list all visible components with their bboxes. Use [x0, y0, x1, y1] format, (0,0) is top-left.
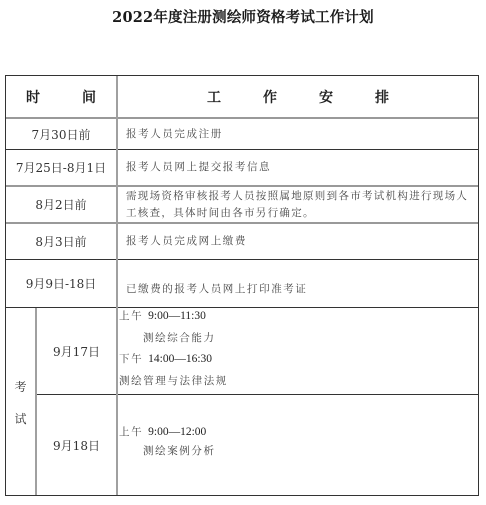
table-row-time: 8月2日前: [6, 187, 116, 222]
exam-label-char: 试: [14, 410, 26, 427]
work-value: 需现场资格审核报考人员按照属地原则到各市考试机构进行现场人工核查，具体时间由各市…: [126, 188, 472, 222]
header-work-label: 工 作 安 排: [207, 87, 389, 107]
session-time: 14:00—16:30: [148, 353, 212, 365]
session-subject: 测绘综合能力: [143, 332, 216, 344]
header-work: 工 作 安 排: [118, 76, 478, 117]
document-title: 2022年度注册测绘师资格考试工作计划: [0, 6, 486, 27]
exam-session-subject: 测绘案例分析: [119, 443, 216, 458]
time-value: 8月3日前: [35, 233, 86, 250]
time-value: 7月30日前: [32, 126, 91, 143]
work-value: 报考人员网上提交报考信息: [126, 159, 271, 176]
session-period: 上午: [119, 310, 143, 322]
time-value: 7月25日-8月1日: [16, 159, 106, 176]
work-value: 已缴费的报考人员网上打印准考证: [126, 281, 308, 298]
session-time: 9:00—12:00: [148, 426, 206, 438]
table-row-time: 7月30日前: [6, 119, 116, 149]
table-row-work: 报考人员完成注册: [118, 119, 478, 149]
table-row-time: 7月25日-8月1日: [6, 150, 116, 185]
table-row-work: 报考人员网上提交报考信息: [118, 150, 478, 185]
header-time-label: 时 间: [26, 87, 96, 107]
header-time: 时 间: [6, 76, 116, 117]
session-time: 9:00—11:30: [148, 310, 206, 322]
work-value: 报考人员完成注册: [126, 126, 223, 143]
table-row-time: 9月9日-18日: [6, 260, 116, 307]
exam-session-time: 上午 9:00—11:30: [119, 308, 206, 323]
exam-label-top: 考: [6, 376, 35, 396]
work-value: 报考人员完成网上缴费: [126, 233, 247, 250]
session-subject: 测绘管理与法律法规: [119, 375, 228, 387]
session-period: 上午: [119, 426, 143, 438]
exam-label-bottom: 试: [6, 408, 35, 428]
exam-date-value: 9月17日: [53, 343, 100, 360]
time-value: 9月9日-18日: [26, 275, 97, 292]
table-row-work: 需现场资格审核报考人员按照属地原则到各市考试机构进行现场人工核查，具体时间由各市…: [118, 187, 478, 222]
session-period: 下午: [119, 353, 143, 365]
exam-label-char: 考: [14, 378, 26, 395]
time-value: 8月2日前: [35, 196, 86, 213]
table-row-work: 报考人员完成网上缴费: [118, 224, 478, 259]
table-row-time: 8月3日前: [6, 224, 116, 259]
exam-date: 9月17日: [37, 308, 116, 394]
exam-session-time: 上午 9:00—12:00: [119, 424, 206, 439]
exam-date: 9月18日: [37, 395, 116, 495]
session-subject: 测绘案例分析: [143, 445, 216, 457]
exam-session-time: 下午 14:00—16:30: [119, 351, 212, 366]
exam-session-subject: 测绘管理与法律法规: [119, 373, 228, 388]
exam-date-value: 9月18日: [53, 437, 100, 454]
exam-session-subject: 测绘综合能力: [119, 330, 216, 345]
table-row-work: 已缴费的报考人员网上打印准考证: [118, 266, 478, 313]
